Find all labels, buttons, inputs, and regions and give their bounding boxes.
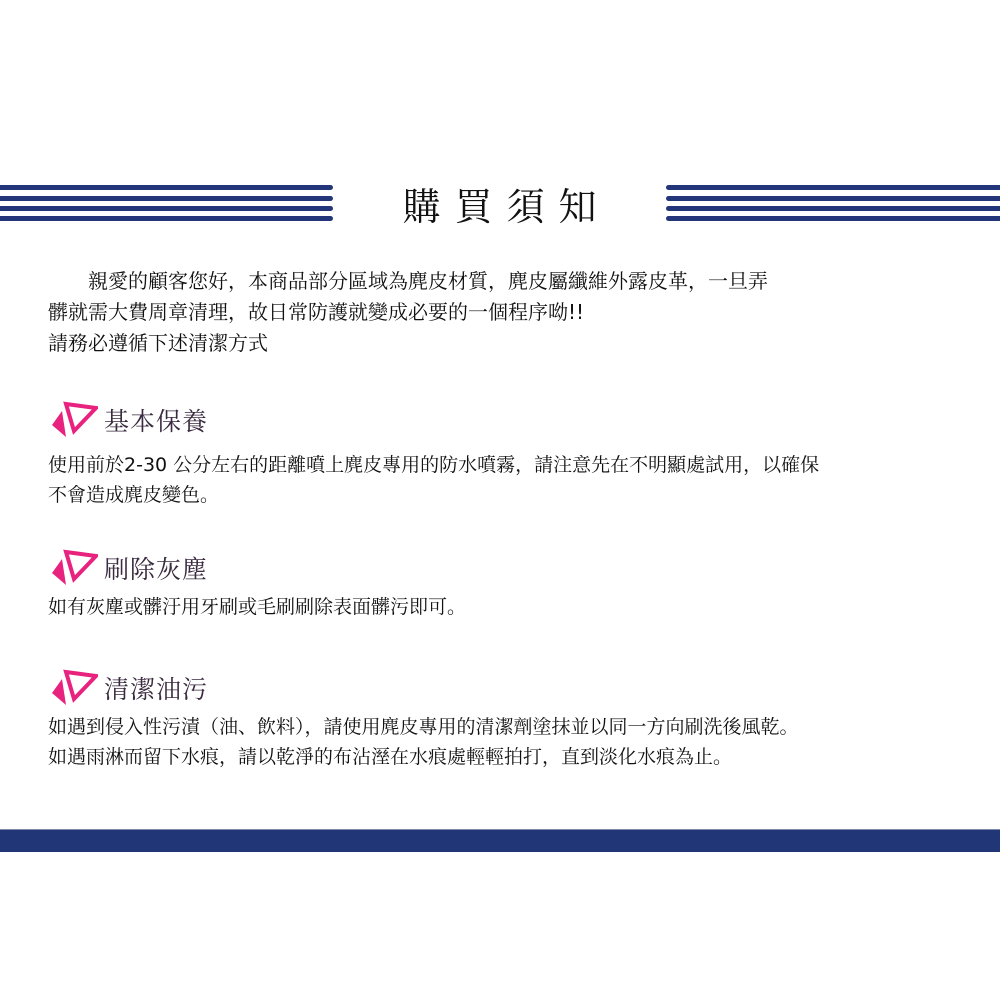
section-line: 不會造成麂皮變色。 xyxy=(48,480,958,510)
intro-paragraph: 親愛的顧客您好，本商品部分區域為麂皮材質，麂皮屬纖維外露皮革，一旦弄 髒就需大費… xyxy=(48,266,958,359)
section-heading-label: 刷除灰塵 xyxy=(104,550,208,586)
stripe-line xyxy=(0,206,333,211)
section-body-basic-care: 使用前於2-30 公分左右的距離噴上麂皮專用的防水噴霧，請注意先在不明顯處試用，… xyxy=(48,450,958,510)
section-heading-brush-dust: 刷除灰塵 xyxy=(50,548,208,588)
section-heading-label: 基本保養 xyxy=(104,402,208,438)
section-body-brush-dust: 如有灰塵或髒汙用牙刷或毛刷刷除表面髒污即可。 xyxy=(48,592,958,622)
section-line: 使用前於2-30 公分左右的距離噴上麂皮專用的防水噴霧，請注意先在不明顯處試用，… xyxy=(48,450,958,480)
header-stripes-right xyxy=(666,185,1000,225)
section-body-clean-oil: 如遇到侵入性污漬（油、飲料），請使用麂皮專用的清潔劑塗抹並以同一方向刷洗後風乾。… xyxy=(48,712,958,772)
section-line: 如遇雨淋而留下水痕，請以乾淨的布沾溼在水痕處輕輕拍打，直到淡化水痕為止。 xyxy=(48,742,958,772)
stripe-line xyxy=(0,196,333,201)
pink-triangles-icon xyxy=(50,401,98,439)
section-heading-clean-oil: 清潔油污 xyxy=(50,668,208,708)
stripe-line xyxy=(666,206,1000,211)
stripe-line xyxy=(0,185,333,190)
stripe-line xyxy=(666,216,1000,221)
page-title: 購買須知 xyxy=(333,185,666,229)
intro-line: 髒就需大費周章清理，故日常防護就變成必要的一個程序呦!! xyxy=(48,297,958,328)
intro-line: 請務必遵循下述清潔方式 xyxy=(48,328,958,359)
stripe-line xyxy=(666,185,1000,190)
stripe-line xyxy=(0,216,333,221)
stripe-line xyxy=(666,196,1000,201)
section-heading-basic-care: 基本保養 xyxy=(50,400,208,440)
pink-triangles-icon xyxy=(50,669,98,707)
pink-triangles-icon xyxy=(50,549,98,587)
section-line: 如有灰塵或髒汙用牙刷或毛刷刷除表面髒污即可。 xyxy=(48,592,958,622)
section-heading-label: 清潔油污 xyxy=(104,670,208,706)
footer-bar xyxy=(0,829,1000,852)
header-stripes-left xyxy=(0,185,333,225)
section-line: 如遇到侵入性污漬（油、飲料），請使用麂皮專用的清潔劑塗抹並以同一方向刷洗後風乾。 xyxy=(48,712,958,742)
intro-line: 親愛的顧客您好，本商品部分區域為麂皮材質，麂皮屬纖維外露皮革，一旦弄 xyxy=(48,266,958,297)
